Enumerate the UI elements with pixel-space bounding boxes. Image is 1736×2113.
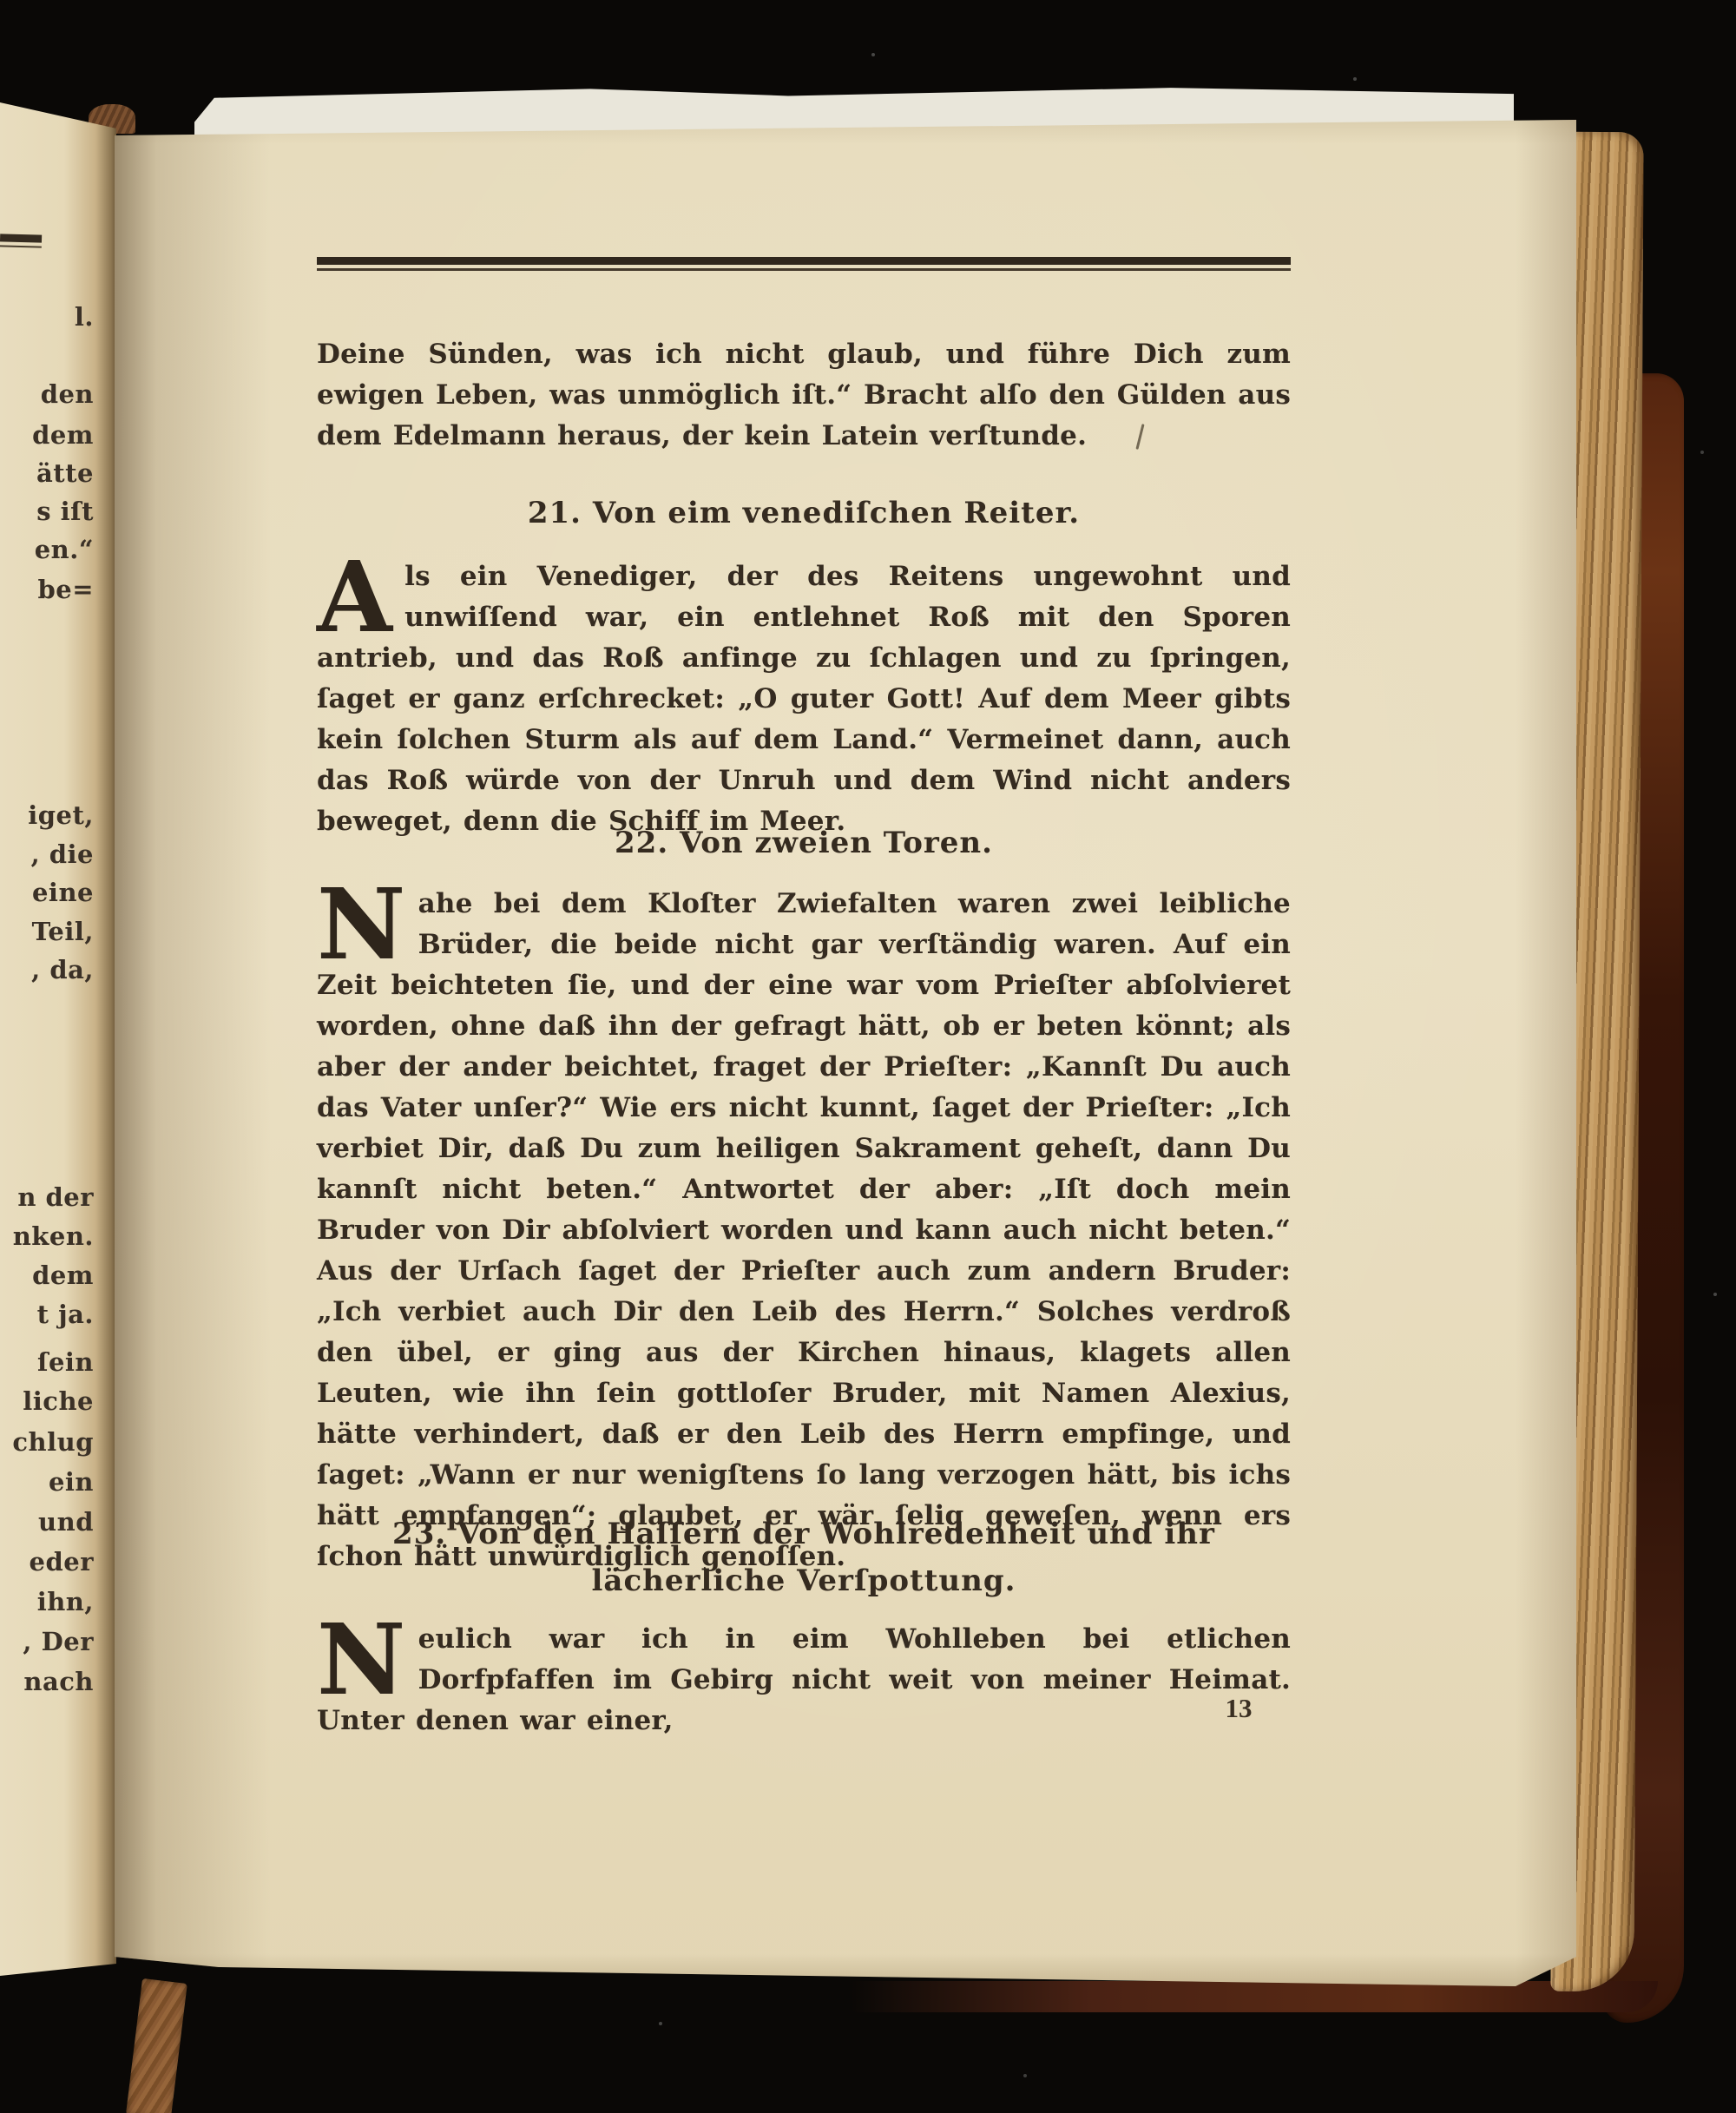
- section-heading-21: 21. Von eim venediſchen Reiter.: [317, 490, 1291, 536]
- left-page-text-fragment: ſein: [0, 1347, 94, 1377]
- left-page-text-fragment: den: [0, 379, 94, 409]
- left-page-rule-fragment: [0, 234, 42, 247]
- left-page-text-fragment: l.: [0, 302, 94, 332]
- left-page-text-fragment: s iſt: [0, 497, 94, 526]
- dropcap-N: N: [317, 887, 406, 964]
- intro-paragraph: Deine Sünden, was ich nicht glaub, und f…: [317, 334, 1291, 457]
- left-page-sliver: l.dendemättes iſten.“be=iget,, dieeineTe…: [0, 99, 116, 1981]
- left-page-text-fragment: ätte: [0, 458, 94, 488]
- section-text-22: ahe bei dem Kloſter Zwiefalten waren zwe…: [317, 888, 1291, 1572]
- page-number: 13: [1211, 1693, 1266, 1724]
- section-text-21: ls ein Venediger, der des Reitens ungewo…: [317, 561, 1291, 837]
- section-heading-22: 22. Von zweien Toren.: [317, 820, 1291, 866]
- leather-cover-bottom-edge: [851, 1981, 1658, 2012]
- left-page-text-fragment: dem: [0, 1261, 94, 1290]
- left-page-text-fragment: , da,: [0, 955, 94, 984]
- left-page-text-fragment: ihn,: [0, 1587, 94, 1616]
- dropcap-A: A: [317, 560, 392, 636]
- left-page-text-fragment: ein: [0, 1467, 94, 1497]
- left-page-text-fragment: eder: [0, 1547, 94, 1577]
- left-page-text-fragment: t ja.: [0, 1300, 94, 1329]
- left-page-text-fragment: Teil,: [0, 917, 94, 946]
- dust-speckles: [0, 0, 2, 2]
- section-paragraph-22: Nahe bei dem Kloſter Zwiefalten waren zw…: [317, 884, 1291, 1577]
- left-page-text-fragment: n der: [0, 1182, 94, 1212]
- book-photograph: l.dendemättes iſten.“be=iget,, dieeineTe…: [0, 0, 1736, 2113]
- left-page-text-fragment: nach: [0, 1667, 94, 1696]
- book-page: Deine Sünden, was ich nicht glaub, und f…: [115, 118, 1576, 1993]
- section-text-23: eulich war ich in eim Wohlleben bei etli…: [317, 1623, 1291, 1736]
- section-heading-23: 23. Von den Haſſern der Wohlredenheit un…: [317, 1511, 1291, 1604]
- left-page-text-fragment: eine: [0, 878, 94, 907]
- left-page-text-fragment: dem: [0, 420, 94, 450]
- left-page-text-fragment: , Der: [0, 1627, 94, 1656]
- section-paragraph-21: Als ein Venediger, der des Reitens ungew…: [317, 556, 1291, 842]
- left-page-text-fragment: liche: [0, 1386, 94, 1416]
- left-page-text-fragment: en.“: [0, 535, 94, 564]
- left-page-text-fragment: nken.: [0, 1221, 94, 1251]
- left-page-text-fragment: be=: [0, 575, 94, 604]
- dropcap-N2: N: [317, 1623, 406, 1699]
- left-page-text-fragment: , die: [0, 839, 94, 869]
- bookmark-ribbon-bottom: [126, 1978, 187, 2113]
- left-page-text-fragment: und: [0, 1507, 94, 1537]
- section-paragraph-23: Neulich war ich in eim Wohlleben bei etl…: [317, 1619, 1291, 1784]
- left-page-text-fragment: chlug: [0, 1427, 94, 1457]
- left-page-text-fragment: iget,: [0, 800, 94, 830]
- double-rule: [317, 257, 1291, 271]
